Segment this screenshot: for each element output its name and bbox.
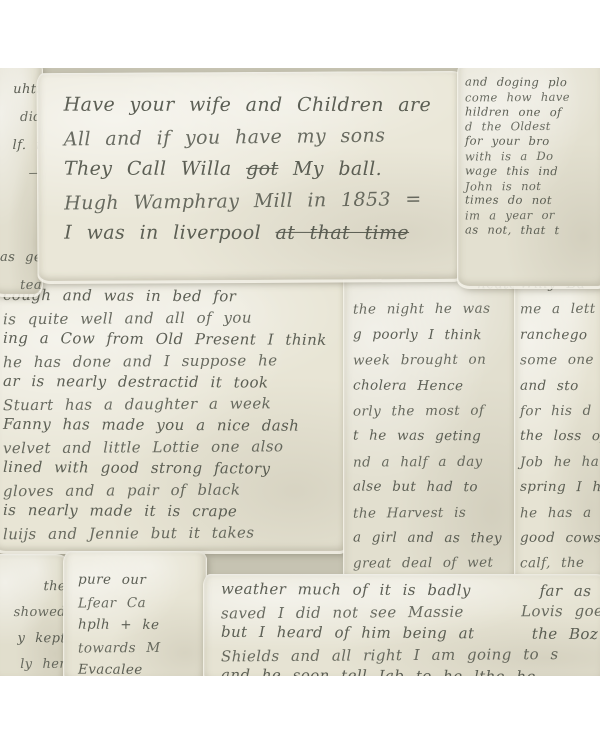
- handwritten-line: lined with good strong factory: [3, 457, 348, 481]
- letter-fragment-middle-right: Willy Bame a lettranchegosome oneand sto…: [515, 264, 600, 582]
- handwritten-line: a girl and as they: [353, 526, 518, 552]
- handwritten-line: times do not: [465, 193, 600, 209]
- handwritten-line: me a lett: [520, 297, 600, 323]
- handwritten-line: weather much of it is badly far as Ja: [221, 579, 600, 603]
- letter-fragment-middle-left: cough and was in bed foris quite well an…: [0, 279, 348, 551]
- handwritten-line: the night he was: [353, 297, 518, 324]
- handwritten-line: ranchego: [520, 323, 600, 349]
- handwritten-line: I was in liverpool at that time: [64, 217, 462, 249]
- handwritten-line: —: [0, 160, 42, 188]
- handwriting-block: weather much of it is badly far as Jasav…: [204, 574, 600, 676]
- handwritten-line: ing a Cow from Old Present I think: [3, 328, 348, 352]
- handwritten-line: the loss of: [520, 424, 600, 450]
- handwritten-line: uhtt: [0, 76, 42, 104]
- handwritten-line: alse but had to: [353, 475, 518, 501]
- handwritten-line: good cows: [520, 526, 600, 552]
- wallpaper-swatch-image: cough and was in bed foris quite well an…: [0, 0, 600, 750]
- handwritten-line: orly the most of: [353, 398, 518, 425]
- handwritten-line: saved I did not see Massie Lovis goes: [221, 600, 600, 624]
- handwritten-line: Lfear Ca: [78, 591, 206, 614]
- handwritten-line: pure our: [78, 569, 206, 592]
- handwriting-block: Willy Bame a lettranchegosome oneand sto…: [515, 264, 600, 582]
- handwriting-block: pure ourLfear Cahplh + ketowards MEvacal…: [64, 551, 206, 676]
- handwritten-line: is nearly made it is crape: [3, 500, 348, 524]
- handwritten-line: and he soon tell Iab to he lthe he: [221, 665, 600, 676]
- handwritten-line: gloves and a pair of black: [3, 478, 348, 502]
- handwriting-block: cough and was in bed foris quite well an…: [0, 279, 348, 551]
- handwritten-line: as ge: [0, 244, 42, 272]
- handwritten-line: for your bro: [465, 134, 600, 150]
- handwritten-line: nd a half a day: [353, 449, 518, 476]
- letter-fragment-bottom-main: weather much of it is badly far as Jasav…: [204, 574, 600, 676]
- handwritten-line: did: [0, 104, 42, 132]
- handwriting-block: Have your wife and Children areAll and i…: [37, 71, 462, 281]
- handwritten-line: cough and was in bed for: [3, 285, 348, 309]
- handwriting-block: and doging plocome how havehildren one o…: [458, 68, 600, 286]
- handwritten-line: [0, 188, 42, 216]
- handwritten-line: hildren one of: [465, 104, 600, 120]
- handwritten-line: some one: [520, 348, 600, 374]
- handwritten-line: as not, that t: [465, 223, 600, 239]
- handwritten-line: g poorly I think: [353, 322, 518, 348]
- handwritten-line: lf. t: [0, 132, 42, 160]
- handwritten-line: hplh + ke: [78, 614, 206, 637]
- letter-fragment-bottom-middle: pure ourLfear Cahplh + ketowards MEvacal…: [64, 551, 206, 676]
- handwritten-line: d the Oldest: [465, 119, 600, 135]
- handwritten-line: tea: [0, 272, 42, 294]
- handwritten-line: [0, 216, 42, 244]
- handwritten-line: towards M: [78, 636, 206, 659]
- handwritten-line: Job he ha: [520, 450, 600, 476]
- handwritten-line: luijs and Jennie but it takes: [3, 521, 348, 545]
- handwritten-line: he has a: [520, 500, 600, 526]
- handwritten-line: Fanny has made you a nice dash: [3, 414, 348, 438]
- letter-fragment-bottom-left: theshowedy keptly her: [0, 554, 66, 676]
- struck-through-text: got: [246, 158, 278, 180]
- handwritten-line: Evacalee: [78, 659, 206, 676]
- letter-fragment-middle-center: heatonthe night he wasg poorly I thinkwe…: [344, 264, 518, 582]
- handwritten-line: cholera Hence: [353, 373, 518, 399]
- handwritten-line: and sto: [520, 373, 600, 399]
- handwriting-block: theshowedy keptly her: [0, 554, 66, 676]
- letter-fragment-top-main: Have your wife and Children areAll and i…: [37, 71, 462, 281]
- struck-through-text: at that time: [275, 222, 409, 244]
- handwritten-line: ar is nearly destractid it took: [3, 371, 348, 395]
- handwriting-block: heatonthe night he wasg poorly I thinkwe…: [344, 264, 518, 582]
- handwritten-line: Shields and all right I am going to s: [221, 643, 600, 667]
- handwritten-line: for his d: [520, 399, 600, 425]
- handwritten-line: Stuart has a daughter a week: [3, 392, 348, 416]
- letter-fragment-top-left-strip: uhttdidlf. t— as getea: [0, 68, 42, 294]
- handwritten-letters-pattern: cough and was in bed foris quite well an…: [0, 68, 600, 676]
- handwritten-line: Hugh Wamphray Mill in 1853 =: [64, 182, 463, 219]
- handwritten-line: ly her: [0, 652, 66, 676]
- handwritten-line: spring I h: [520, 475, 600, 501]
- handwriting-block: uhttdidlf. t— as getea: [0, 68, 42, 294]
- handwritten-line: Have your wife and Children are: [64, 89, 463, 121]
- handwritten-line: come how have: [465, 89, 600, 105]
- handwritten-line: wage this ind: [465, 163, 600, 179]
- handwritten-line: he has done and I suppose he: [3, 349, 348, 373]
- handwritten-line: but I heard of him being at the Boz: [221, 622, 600, 646]
- handwritten-line: is quite well and all of you: [3, 306, 348, 330]
- handwritten-line: velvet and little Lottie one also: [3, 435, 348, 459]
- handwritten-line: im a year or: [465, 208, 600, 224]
- letter-fragment-top-right: and doging plocome how havehildren one o…: [458, 68, 600, 286]
- handwritten-line: the: [0, 574, 66, 600]
- handwritten-line: All and if you have my sons: [64, 118, 463, 155]
- handwritten-line: showed: [0, 600, 66, 627]
- handwritten-line: the Harvest is: [353, 500, 518, 527]
- handwritten-line: and doging plo: [465, 75, 600, 91]
- handwritten-line: y kept: [0, 626, 66, 652]
- handwritten-line: week brought on: [353, 348, 518, 375]
- handwritten-line: John is not: [465, 178, 600, 194]
- handwritten-line: t he was geting: [353, 424, 518, 450]
- handwritten-line: with is a Do: [465, 148, 600, 164]
- handwritten-line: They Call Willa got My ball.: [64, 153, 463, 185]
